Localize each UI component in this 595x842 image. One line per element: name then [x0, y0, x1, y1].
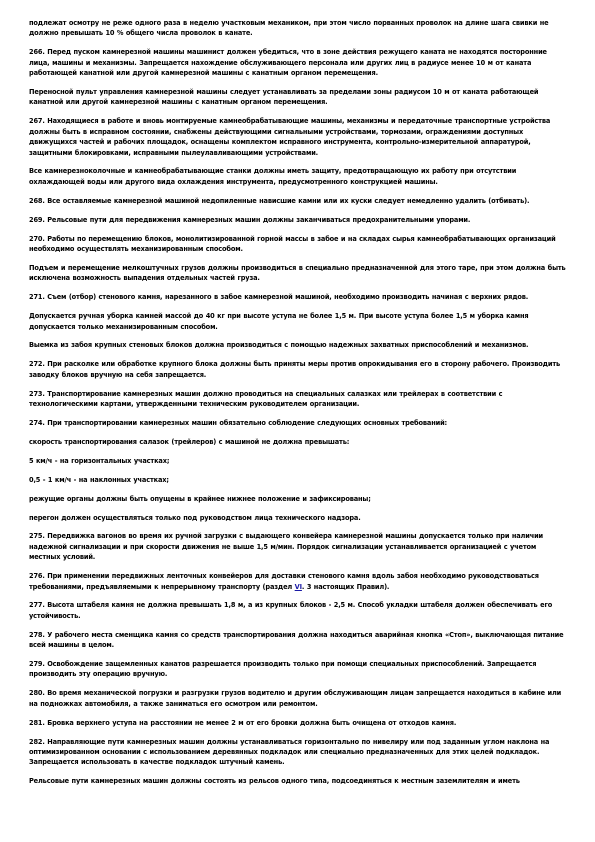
paragraph-274-speed: скорость транспортирования салазок (трей… [29, 437, 569, 447]
paragraph-270: 270. Работы по перемещению блоков, монол… [29, 234, 569, 255]
paragraph-277: 277. Высота штабеля камня не должна прев… [29, 600, 569, 621]
paragraph-276-text-before: 276. При применении передвижных ленточны… [29, 572, 539, 590]
paragraph-281: 281. Бровка верхнего уступа на расстояни… [29, 718, 569, 728]
paragraph-269: 269. Рельсовые пути для передвижения кам… [29, 215, 569, 225]
paragraph-274-supervision: перегон должен осуществляться только под… [29, 513, 569, 523]
paragraph-268: 268. Все оставляемые камнерезной машиной… [29, 196, 569, 206]
document-page: подлежат осмотру не реже одного раза в н… [29, 18, 569, 795]
paragraph-278: 278. У рабочего места сменщика камня со … [29, 630, 569, 651]
paragraph-276-text-after: . 3 настоящих Правил). [302, 583, 389, 591]
paragraph-continuation: подлежат осмотру не реже одного раза в н… [29, 18, 569, 39]
paragraph-271-extraction: Выемка из забоя крупных стеновых блоков … [29, 340, 569, 350]
paragraph-275: 275. Передвижка вагонов во время их ручн… [29, 531, 569, 562]
paragraph-274-inclined: 0,5 - 1 км/ч - на наклонных участках; [29, 475, 569, 485]
paragraph-266-remote-control: Переносной пульт управления камнерезной … [29, 87, 569, 108]
paragraph-273: 273. Транспортирование камнерезных машин… [29, 389, 569, 410]
paragraph-271-manual: Допускается ручная уборка камней массой … [29, 311, 569, 332]
paragraph-266: 266. Перед пуском камнерезной машины маш… [29, 47, 569, 78]
paragraph-276: 276. При применении передвижных ленточны… [29, 571, 569, 592]
paragraph-282-rails: Рельсовые пути камнерезных машин должны … [29, 776, 569, 786]
paragraph-267-protection: Все камнерезноколочные и камнеобрабатыва… [29, 166, 569, 187]
paragraph-267: 267. Находящиеся в работе и вновь монтир… [29, 116, 569, 158]
paragraph-280: 280. Во время механической погрузки и ра… [29, 688, 569, 709]
paragraph-274: 274. При транспортировании камнерезных м… [29, 418, 569, 428]
paragraph-282: 282. Направляющие пути камнерезных машин… [29, 737, 569, 768]
paragraph-270-lifting: Подъем и перемещение мелкоштучных грузов… [29, 263, 569, 284]
paragraph-274-horizontal: 5 км/ч - на горизонтальных участках; [29, 456, 569, 466]
paragraph-274-cutters: режущие органы должны быть опущены в кра… [29, 494, 569, 504]
paragraph-279: 279. Освобождение защемленных канатов ра… [29, 659, 569, 680]
paragraph-271: 271. Съем (отбор) стенового камня, нарез… [29, 292, 569, 302]
section-vi-link[interactable]: VI [295, 583, 302, 591]
paragraph-272: 272. При расколке или обработке крупного… [29, 359, 569, 380]
